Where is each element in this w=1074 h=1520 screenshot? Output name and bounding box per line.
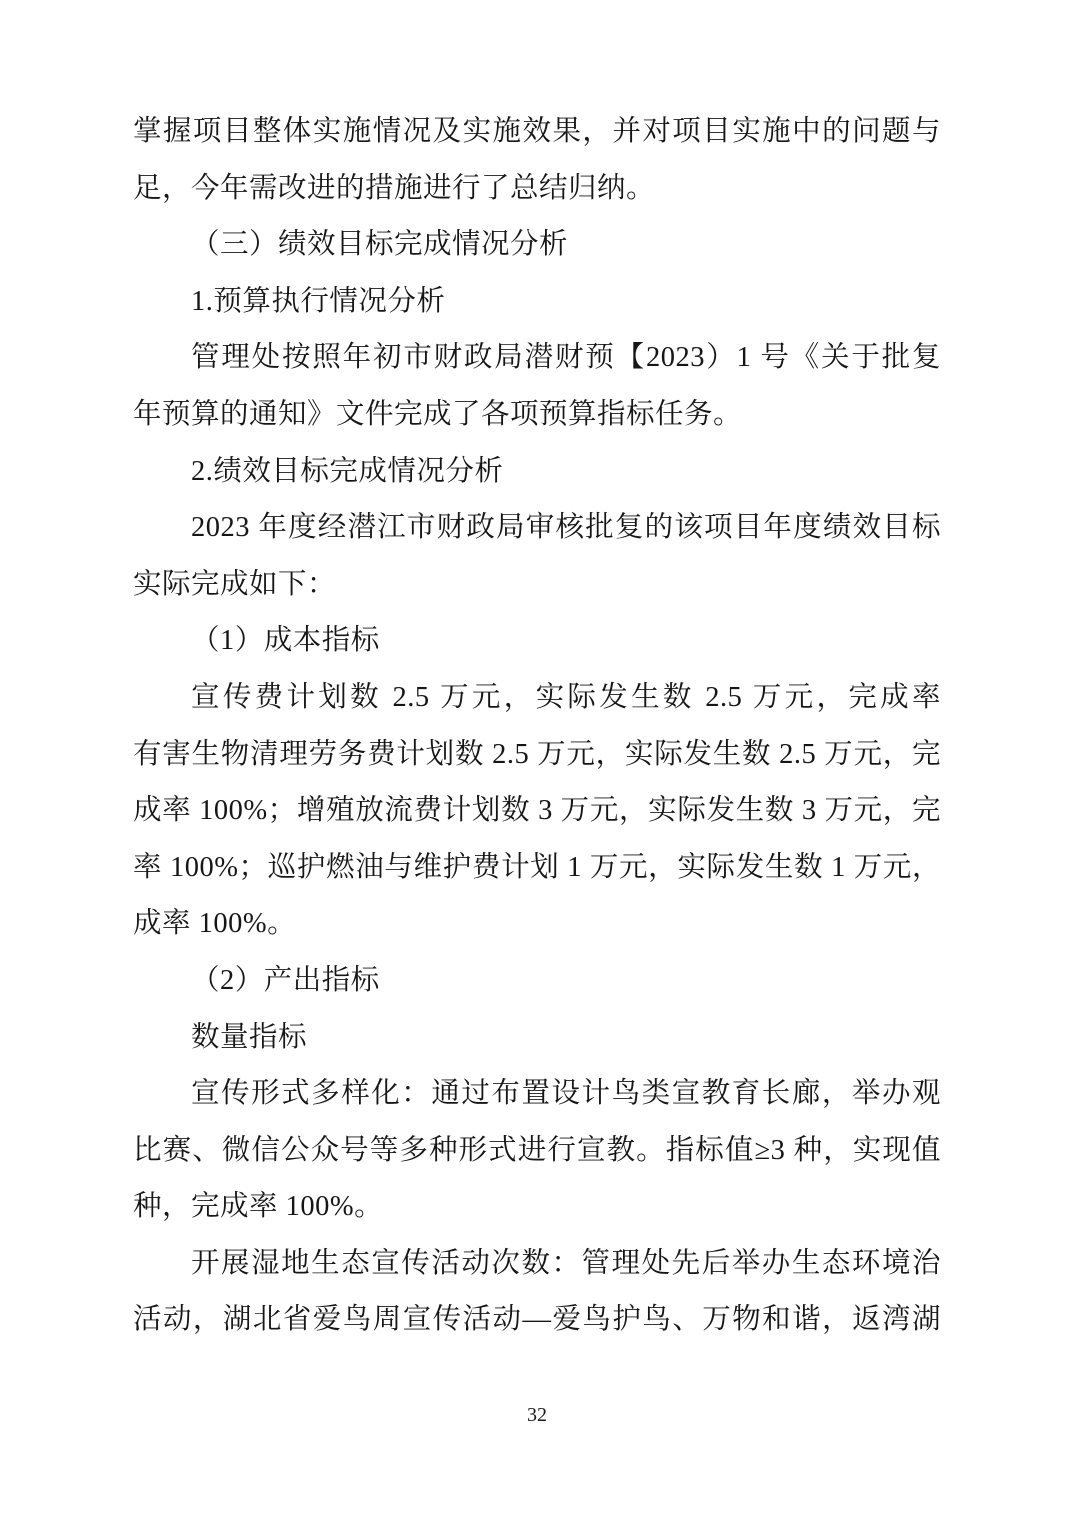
- text-line: 足，今年需改进的措施进行了总结归纳。: [133, 161, 941, 218]
- document-text: 掌握项目整体实施情况及实施效果，并对项目实施中的问题与不足，今年需改进的措施进行…: [133, 104, 941, 1349]
- text-line: 种，完成率 100%。: [133, 1179, 941, 1236]
- text-line: （三）绩效目标完成情况分析: [133, 217, 941, 274]
- text-line: 实际完成如下：: [133, 557, 941, 614]
- text-line: 2.绩效目标完成情况分析: [133, 444, 941, 501]
- page-number: 32: [0, 1400, 1074, 1430]
- text-line: 2023 年度经潜江市财政局审核批复的该项目年度绩效目标及: [133, 500, 941, 557]
- text-line: 宣传费计划数 2.5 万元，实际发生数 2.5 万元，完成率 100%;: [133, 670, 941, 727]
- text-line: （2）产出指标: [133, 953, 941, 1010]
- text-line: 管理处按照年初市财政局潜财预【2023）1 号《关于批复 2023: [133, 330, 941, 387]
- text-line: 成率 100%；增殖放流费计划数 3 万元，实际发生数 3 万元，完成: [133, 783, 941, 840]
- text-line: 有害生物清理劳务费计划数 2.5 万元，实际发生数 2.5 万元，完: [133, 727, 941, 784]
- text-line: 年预算的通知》文件完成了各项预算指标任务。: [133, 387, 941, 444]
- document-page: 掌握项目整体实施情况及实施效果，并对项目实施中的问题与不足，今年需改进的措施进行…: [0, 0, 1074, 1520]
- text-line: 活动，湖北省爱鸟周宣传活动—爱鸟护鸟、万物和谐，返湾湖湿: [133, 1292, 941, 1349]
- text-line: 开展湿地生态宣传活动次数：管理处先后举办生态环境治理: [133, 1236, 941, 1293]
- text-line: （1）成本指标: [133, 613, 941, 670]
- text-line: 数量指标: [133, 1010, 941, 1067]
- text-line: 掌握项目整体实施情况及实施效果，并对项目实施中的问题与不: [133, 104, 941, 161]
- text-line: 率 100%；巡护燃油与维护费计划 1 万元，实际发生数 1 万元，完: [133, 840, 941, 897]
- text-line: 比赛、微信公众号等多种形式进行宣教。指标值≥3 种，实现值 3: [133, 1123, 941, 1180]
- text-line: 成率 100%。: [133, 896, 941, 953]
- text-line: 宣传形式多样化：通过布置设计鸟类宣教育长廊，举办观鸟: [133, 1066, 941, 1123]
- text-line: 1.预算执行情况分析: [133, 274, 941, 331]
